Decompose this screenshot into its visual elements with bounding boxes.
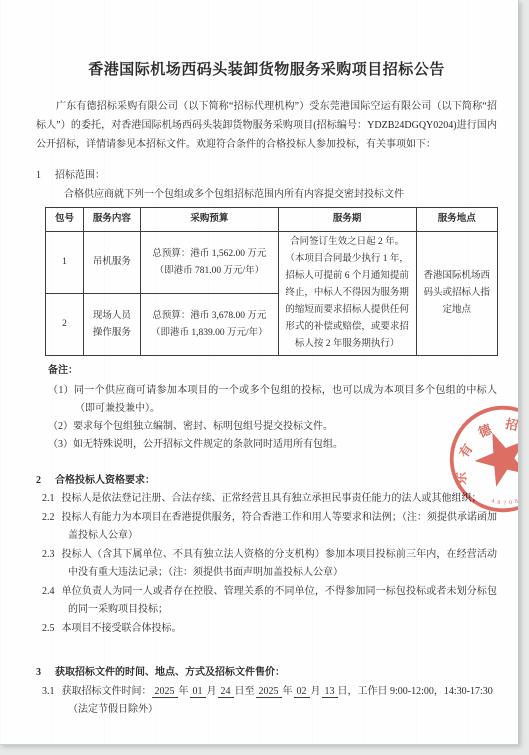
cell-service: 现场人员操作服务 (83, 294, 140, 356)
cell-package-no: 2 (46, 294, 84, 356)
page-title: 香港国际机场西码头装卸货物服务采购项目招标公告 (36, 58, 497, 79)
col-header-budget: 采购预算 (140, 208, 278, 232)
requirement-item-2-3: 2.3投标人（含其下属单位、不具有独立法人资格的分支机构）参加本项目投标前三年内… (42, 546, 497, 583)
requirement-item-2-1: 2.1投标人是依法登记注册、合法存续、正常经营且具有独立承担民事责任能力的法人或… (42, 490, 497, 509)
section-1-subline: 合格供应商就下列一个包组或多个包组招标范围内所有内容提交密封投标文件 (64, 186, 497, 205)
item-text: 单位负责人为同一人或者存在控股、管理关系的不同单位，不得参加同一标包投标或者未划… (62, 586, 498, 616)
requirement-item-2-2: 2.2投标人有能力为本项目在香港提供服务，符合香港工作和用人等要求和法例；（注：… (42, 509, 497, 546)
cell-service-location: 香港国际机场西码头或招标人指定地点 (416, 232, 497, 356)
date-unit: 年 (178, 686, 190, 697)
col-header-service-location: 服务地点 (416, 208, 497, 232)
requirement-item-2-5: 2.5本项目不接受联合体投标。 (42, 620, 497, 639)
document-time-item-3-1: 3.1获取招标文件时间：2025年01月24日至2025年02月13日，工作日 … (42, 683, 497, 702)
date-day-start: 24 (218, 686, 234, 698)
date-month-end: 02 (294, 686, 310, 698)
date-month-start: 01 (190, 686, 206, 698)
cell-service: 吊机服务 (83, 232, 140, 294)
date-unit: 日至 (234, 686, 256, 697)
section-3-title: 获取招标文件的时间、地点、方式及招标文件售价： (55, 667, 285, 678)
cell-package-no: 1 (46, 232, 84, 294)
item-number: 2.1 (42, 493, 55, 504)
section-2-number: 2 (36, 475, 41, 486)
document-page: 香港国际机场西码头装卸货物服务采购项目招标公告 广东有德招标采购有限公司（以下简… (0, 0, 519, 745)
section-3-number: 3 (36, 667, 41, 678)
col-header-package-no: 包号 (46, 208, 84, 232)
date-unit: 月 (310, 686, 322, 697)
cell-service-period: 合同签订生效之日起 2 年。（本项目合同最少执行 1 年，招标人可提前 6 个月… (278, 232, 416, 356)
item-text: 投标人是依法登记注册、合法存续、正常经营且具有独立承担民事责任能力的法人或其他组… (62, 493, 482, 504)
date-prefix: 获取招标文件时间： (62, 686, 152, 697)
date-day-end: 13 (322, 686, 338, 698)
item-number: 2.3 (42, 549, 55, 560)
cell-budget: 总预算：港币 3,678.00 万元（即港币 1,839.00 万元/年） (140, 294, 278, 356)
section-2-title: 合格投标人资格要求： (55, 475, 155, 486)
cell-budget: 总预算：港币 1,562.00 万元（即港币 781.00 万元/年） (140, 232, 278, 294)
bid-packages-table: 包号 服务内容 采购预算 服务期 服务地点 1 吊机服务 总预算：港币 1,56… (45, 207, 498, 356)
col-header-service-period: 服务期 (278, 208, 416, 232)
item-number: 2.5 (42, 623, 55, 634)
section-1-number: 1 (36, 170, 41, 181)
note-item-2: （2）要求每个包组独立编制、密封、标明包组号提交投标文件。 (48, 418, 497, 436)
item-number: 2.4 (42, 586, 55, 597)
item-text: 投标人（含其下属单位、不具有独立法人资格的分支机构）参加本项目投标前三年内，在经… (62, 549, 498, 579)
item-text: 投标人有能力为本项目在香港提供服务，符合香港工作和用人等要求和法例；（注：须提供… (62, 512, 498, 542)
table-row: 1 吊机服务 总预算：港币 1,562.00 万元（即港币 781.00 万元/… (46, 232, 498, 294)
date-unit: 年 (282, 686, 294, 697)
note-item-1: （1）同一个供应商可请参加本项目的一个或多个包组的投标，也可以成为本项目多个包组… (48, 382, 497, 418)
item-number: 3.1 (42, 686, 55, 697)
section-2-heading: 2合格投标人资格要求： (36, 472, 497, 491)
col-header-service-content: 服务内容 (83, 208, 140, 232)
item-text: 本项目不接受联合体投标。 (62, 623, 182, 634)
notes-label: 备注： (48, 362, 497, 381)
date-year-start: 2025 (152, 686, 178, 698)
section-1-title: 招标范围： (55, 170, 105, 181)
item-number: 2.2 (42, 512, 55, 523)
table-header-row: 包号 服务内容 采购预算 服务期 服务地点 (46, 208, 498, 232)
intro-paragraph: 广东有德招标采购有限公司（以下简称“招标代理机构”）受东莞港国际空运有限公司（以… (36, 97, 497, 154)
date-year-end: 2025 (256, 686, 282, 698)
date-unit: 月 (206, 686, 218, 697)
requirement-item-2-4: 2.4单位负责人为同一人或者存在控股、管理关系的不同单位，不得参加同一标包投标或… (42, 583, 497, 620)
section-3-heading: 3获取招标文件的时间、地点、方式及招标文件售价： (36, 664, 497, 683)
holiday-exception-note: （法定节假日除外） (68, 701, 497, 720)
section-1-heading: 1招标范围： (36, 167, 497, 186)
note-item-3: （3）如无特殊说明，公开招标文件规定的条款同时适用所有包组。 (48, 436, 497, 454)
document-viewer: 香港国际机场西码头装卸货物服务采购项目招标公告 广东有德招标采购有限公司（以下简… (0, 0, 529, 755)
date-suffix: 日，工作日 9:00-12:00，14:30-17:30 (338, 686, 493, 697)
